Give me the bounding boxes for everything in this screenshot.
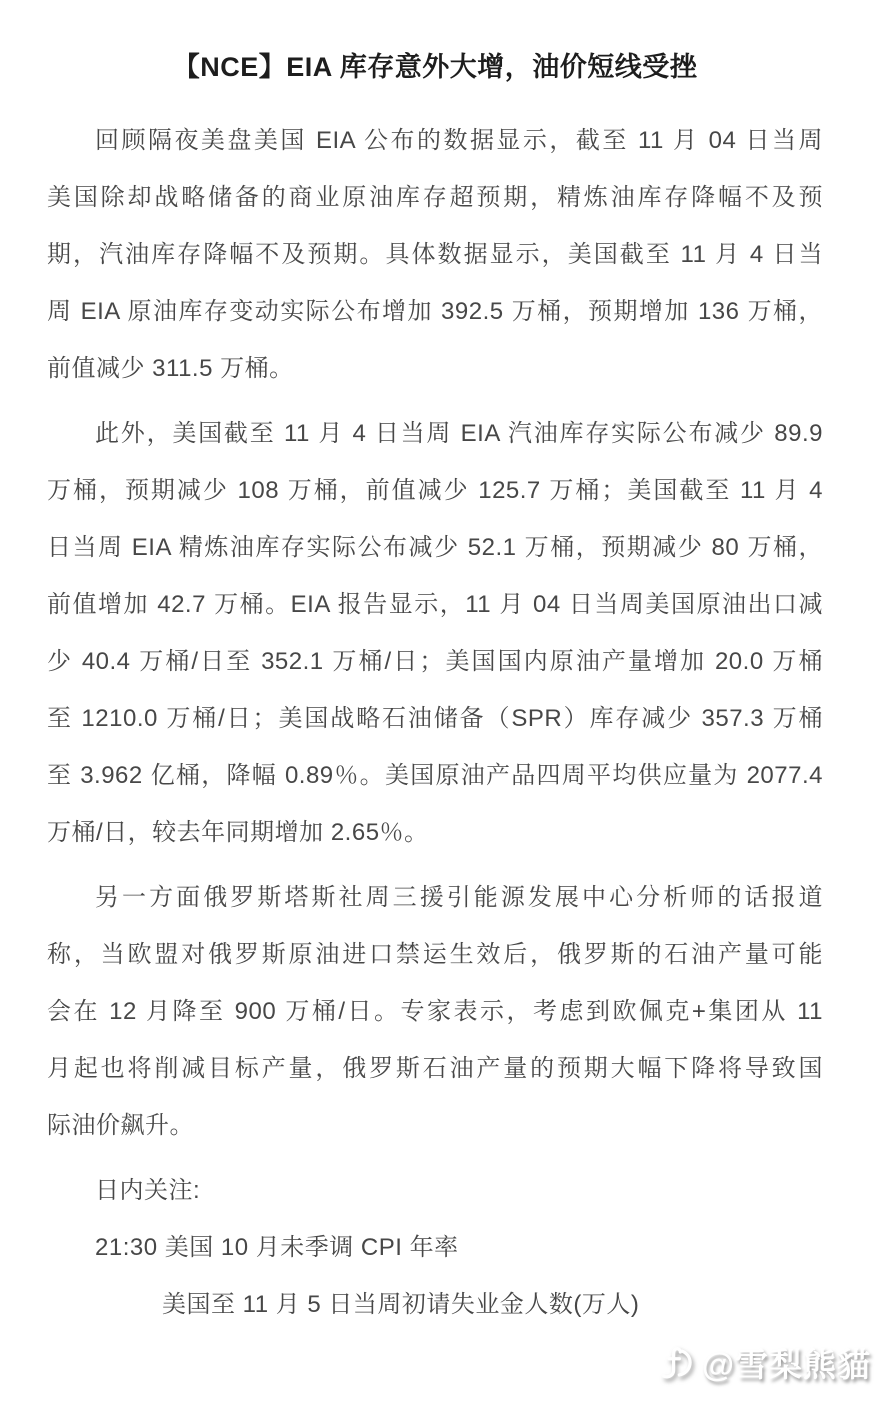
text-line: 期，汽油库存降幅不及预期。具体数据显示，美国截至 11 月 4 日当 [47, 226, 823, 283]
text-line: 回顾隔夜美盘美国 EIA 公布的数据显示，截至 11 月 04 日当周 [47, 112, 823, 169]
text-line: 称，当欧盟对俄罗斯原油进口禁运生效后，俄罗斯的石油产量可能 [47, 926, 823, 983]
text-line: 月起也将削减目标产量，俄罗斯石油产量的预期大幅下降将导致国 [47, 1040, 823, 1097]
focus-heading: 日内关注: [47, 1162, 823, 1219]
intraday-focus-list: 日内关注: 21:30 美国 10 月未季调 CPI 年率 美国至 11 月 5… [47, 1162, 823, 1333]
text-line: 前值减少 311.5 万桶。 [47, 340, 823, 397]
text-line: 会在 12 月降至 900 万桶/日。专家表示，考虑到欧佩克+集团从 11 [47, 983, 823, 1040]
watermark-handle: @雪梨熊貓 [702, 1339, 871, 1386]
paragraph-eia-overview: 回顾隔夜美盘美国 EIA 公布的数据显示，截至 11 月 04 日当周 美国除却… [47, 112, 823, 397]
text-line: 另一方面俄罗斯塔斯社周三援引能源发展中心分析师的话报道 [47, 869, 823, 926]
document-page: 【NCE】EIA 库存意外大增，油价短线受挫 回顾隔夜美盘美国 EIA 公布的数… [0, 0, 893, 1412]
text-line: 际油价飙升。 [47, 1097, 823, 1154]
text-line: 美国除却战略储备的商业原油库存超预期，精炼油库存降幅不及预 [47, 169, 823, 226]
focus-item-cpi: 21:30 美国 10 月未季调 CPI 年率 [47, 1219, 823, 1276]
text-line: 至 1210.0 万桶/日；美国战略石油储备（SPR）库存减少 357.3 万桶 [47, 690, 823, 747]
paragraph-eia-details: 此外，美国截至 11 月 4 日当周 EIA 汽油库存实际公布减少 89.9 万… [47, 405, 823, 861]
text-line: 少 40.4 万桶/日至 352.1 万桶/日；美国国内原油产量增加 20.0 … [47, 633, 823, 690]
article-title: 【NCE】EIA 库存意外大增，油价短线受挫 [47, 46, 823, 88]
paragraph-russia-outlook: 另一方面俄罗斯塔斯社周三援引能源发展中心分析师的话报道 称，当欧盟对俄罗斯原油进… [47, 869, 823, 1154]
text-line: 日当周 EIA 精炼油库存实际公布减少 52.1 万桶，预期减少 80 万桶， [47, 519, 823, 576]
watermark: @雪梨熊貓 [655, 1339, 871, 1386]
text-line: 周 EIA 原油库存变动实际公布增加 392.5 万桶，预期增加 136 万桶， [47, 283, 823, 340]
chat-bubble-f-icon [655, 1342, 697, 1384]
text-line: 前值增加 42.7 万桶。EIA 报告显示，11 月 04 日当周美国原油出口减 [47, 576, 823, 633]
text-line: 万桶，预期减少 108 万桶，前值减少 125.7 万桶；美国截至 11 月 4 [47, 462, 823, 519]
focus-item-jobless-claims: 美国至 11 月 5 日当周初请失业金人数(万人) [47, 1276, 823, 1333]
text-line: 至 3.962 亿桶，降幅 0.89％。美国原油产品四周平均供应量为 2077.… [47, 747, 823, 804]
text-line: 万桶/日，较去年同期增加 2.65％。 [47, 804, 823, 861]
text-line: 此外，美国截至 11 月 4 日当周 EIA 汽油库存实际公布减少 89.9 [47, 405, 823, 462]
